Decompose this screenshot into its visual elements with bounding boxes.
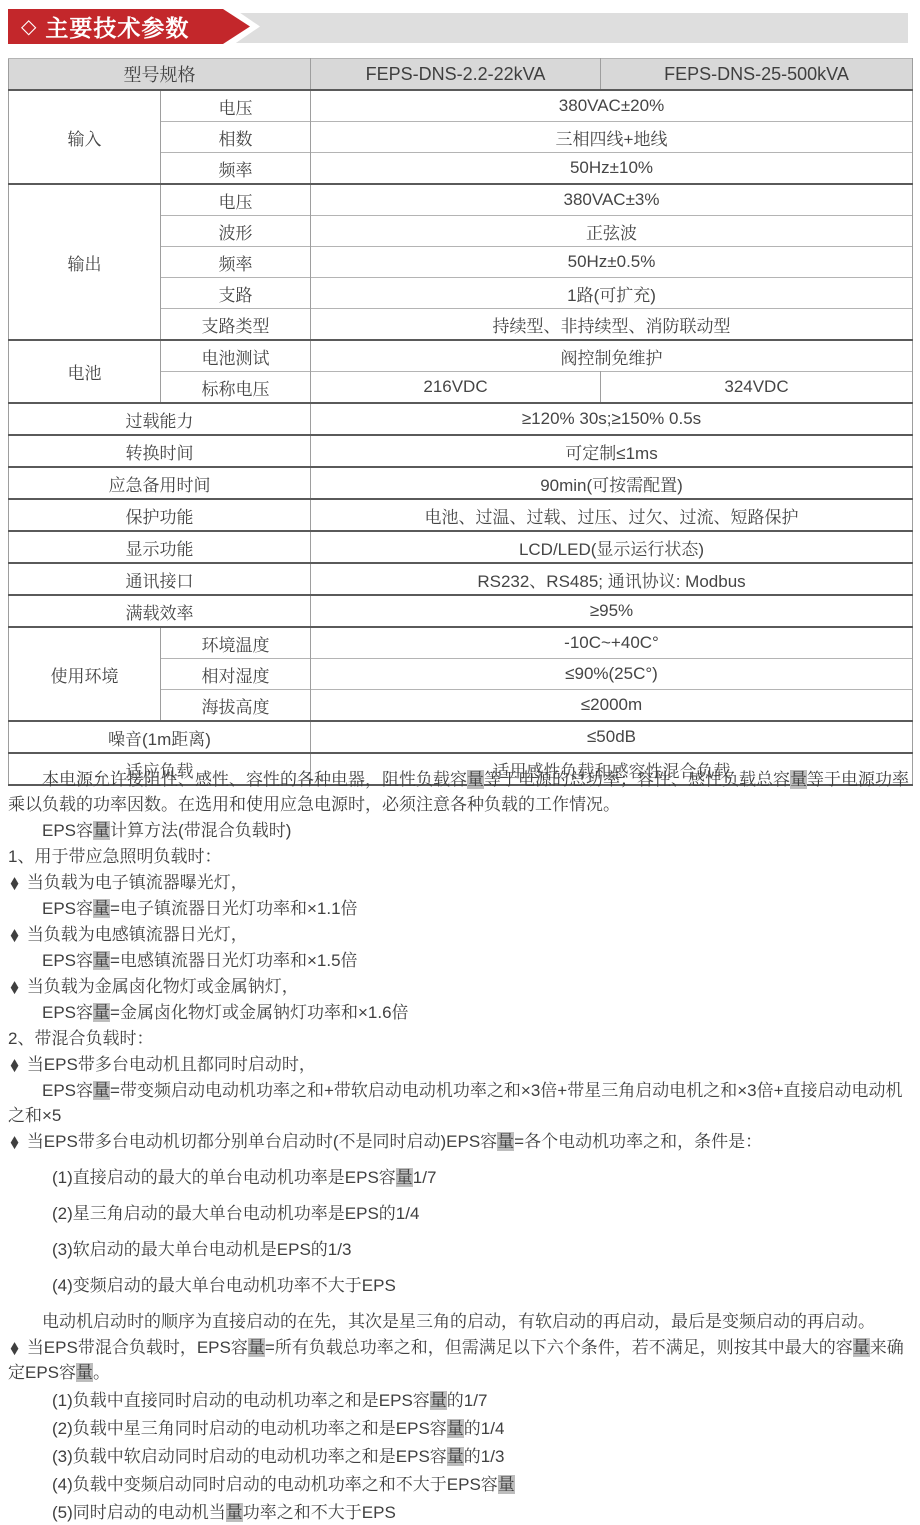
table-row: 显示功能 LCD/LED(显示运行状态) [9, 531, 913, 563]
spec-header-label: 型号规格 [9, 59, 311, 91]
note-text: (3)负载中软启动同时启动的电动机功率之和是EPS容量的1/3 [52, 1447, 504, 1466]
note-paragraph: ◆ 当EPS带多台电动机且都同时启动时， [8, 1052, 912, 1077]
table-header-row: 型号规格 FEPS-DNS-2.2-22kVA FEPS-DNS-25-500k… [9, 59, 913, 91]
diamond-bullet-icon: ◆ [11, 922, 19, 947]
diamond-icon: ◇ [21, 14, 37, 39]
table-row: 电池 电池测试 阀控制免维护 [9, 340, 913, 372]
param-value: -10C~+40C° [311, 627, 913, 659]
param-label: 过载能力 [9, 403, 311, 435]
note-paragraph: ◆ 当负载为电感镇流器日光灯， [8, 922, 912, 947]
note-text: EPS容量=带变频启动电动机功率之和+带软启动电动机功率之和×3倍+带星三角启动… [8, 1081, 903, 1125]
param-value: 50Hz±10% [311, 153, 913, 185]
note-paragraph: EPS容量=金属卤化物灯或金属钠灯功率和×1.6倍 [8, 1000, 912, 1025]
param-label: 相对湿度 [161, 659, 311, 690]
param-label: 频率 [161, 153, 311, 185]
note-paragraph: ◆ 当EPS带混合负载时，EPS容量=所有负载总功率之和，但需满足以下六个条件，… [8, 1335, 912, 1385]
note-paragraph: 1、用于带应急照明负载时： [8, 844, 912, 869]
note-text: (4)变频启动的最大单台电动机功率不大于EPS [52, 1276, 396, 1295]
diamond-bullet-icon: ◆ [11, 870, 19, 895]
param-value: 阀控制免维护 [311, 340, 913, 372]
param-label: 电压 [161, 90, 311, 122]
note-text: 当EPS带混合负载时，EPS容量=所有负载总功率之和，但需满足以下六个条件，若不… [8, 1338, 904, 1382]
note-text: 1、用于带应急照明负载时： [8, 847, 221, 866]
table-row: 保护功能 电池、过温、过载、过压、过欠、过流、短路保护 [9, 499, 913, 531]
note-paragraph: (1)负载中直接同时启动的电动机功率之和是EPS容量的1/7 [8, 1388, 912, 1413]
note-paragraph: EPS容量=带变频启动电动机功率之和+带软启动电动机功率之和×3倍+带星三角启动… [8, 1078, 912, 1128]
param-value: 50Hz±0.5% [311, 247, 913, 278]
table-row: 使用环境 环境温度 -10C~+40C° [9, 627, 913, 659]
param-label: 支路类型 [161, 309, 311, 341]
param-label: 频率 [161, 247, 311, 278]
note-paragraph: (1)直接启动的最大的单台电动机功率是EPS容量1/7 [8, 1165, 912, 1190]
param-value: ≥95% [311, 595, 913, 627]
diamond-bullet-icon: ◆ [11, 1052, 19, 1077]
note-text: 当EPS带多台电动机切都分别单台启动时(不是同时启动)EPS容量=各个电动机功率… [27, 1132, 762, 1151]
param-label: 显示功能 [9, 531, 311, 563]
table-row: 应急备用时间 90min(可按需配置) [9, 467, 913, 499]
param-label: 相数 [161, 122, 311, 153]
param-value: 90min(可按需配置) [311, 467, 913, 499]
param-label: 噪音(1m距离) [9, 721, 311, 753]
param-label: 支路 [161, 278, 311, 309]
note-text: (1)直接启动的最大的单台电动机功率是EPS容量1/7 [52, 1168, 436, 1187]
diamond-bullet-icon: ◆ [11, 1335, 19, 1360]
note-text: 当EPS带多台电动机且都同时启动时， [27, 1055, 316, 1074]
note-paragraph: (4)变频启动的最大单台电动机功率不大于EPS [8, 1273, 912, 1298]
note-paragraph: (5)同时启动的电动机当量功率之和不大于EPS [8, 1500, 912, 1525]
group-label-environment: 使用环境 [9, 627, 161, 721]
model-b-header: FEPS-DNS-25-500kVA [601, 59, 913, 91]
note-text: EPS容量=电子镇流器日光灯功率和×1.1倍 [42, 899, 358, 918]
note-text: (2)负载中星三角同时启动的电动机功率之和是EPS容量的1/4 [52, 1419, 504, 1438]
table-row: 输入 电压 380VAC±20% [9, 90, 913, 122]
table-row: 满载效率 ≥95% [9, 595, 913, 627]
param-value: 持续型、非持续型、消防联动型 [311, 309, 913, 341]
note-text: EPS容量=金属卤化物灯或金属钠灯功率和×1.6倍 [42, 1003, 409, 1022]
param-value-model-b: 324VDC [601, 372, 913, 404]
note-paragraph: (2)星三角启动的最大单台电动机功率是EPS的1/4 [8, 1201, 912, 1226]
note-text: (4)负载中变频启动同时启动的电动机功率之和不大于EPS容量 [52, 1475, 515, 1494]
note-paragraph: (3)负载中软启动同时启动的电动机功率之和是EPS容量的1/3 [8, 1444, 912, 1469]
param-label: 标称电压 [161, 372, 311, 404]
param-label: 应急备用时间 [9, 467, 311, 499]
note-paragraph: ◆ 当负载为金属卤化物灯或金属钠灯， [8, 974, 912, 999]
note-paragraph: ◆ 当EPS带多台电动机切都分别单台启动时(不是同时启动)EPS容量=各个电动机… [8, 1129, 912, 1154]
note-text: 当负载为电子镇流器曝光灯， [27, 873, 248, 892]
param-value: RS232、RS485; 通讯协议: Modbus [311, 563, 913, 595]
note-text: EPS容量=电感镇流器日光灯功率和×1.5倍 [42, 951, 358, 970]
param-label: 满载效率 [9, 595, 311, 627]
param-value: ≤90%(25C°) [311, 659, 913, 690]
note-text: 本电源允许接阻性、感性、容性的各种电器，阻性负载容量等于电源的总功率；容性、感性… [8, 770, 909, 814]
note-paragraph: 本电源允许接阻性、感性、容性的各种电器，阻性负载容量等于电源的总功率；容性、感性… [8, 767, 912, 817]
note-text: 当负载为电感镇流器日光灯， [27, 925, 248, 944]
note-paragraph: 电动机启动时的顺序为直接启动的在先，其次是星三角的启动，有软启动的再启动，最后是… [8, 1309, 912, 1334]
param-label: 通讯接口 [9, 563, 311, 595]
param-value: 1路(可扩充) [311, 278, 913, 309]
note-paragraph: EPS容量计算方法(带混合负载时) [8, 818, 912, 843]
section-banner: ◇ 主要技术参数 [0, 0, 920, 50]
param-value: 电池、过温、过载、过压、过欠、过流、短路保护 [311, 499, 913, 531]
param-label: 电压 [161, 184, 311, 216]
banner-pennant: ◇ 主要技术参数 [8, 9, 250, 44]
table-row: 过载能力 ≥120% 30s;≥150% 0.5s [9, 403, 913, 435]
param-label: 转换时间 [9, 435, 311, 467]
note-paragraph: 2、带混合负载时： [8, 1026, 912, 1051]
diamond-bullet-icon: ◆ [11, 974, 19, 999]
param-label: 海拔高度 [161, 690, 311, 722]
param-value: LCD/LED(显示运行状态) [311, 531, 913, 563]
note-paragraph: EPS容量=电感镇流器日光灯功率和×1.5倍 [8, 948, 912, 973]
param-label: 波形 [161, 216, 311, 247]
note-paragraph: (4)负载中变频启动同时启动的电动机功率之和不大于EPS容量 [8, 1472, 912, 1497]
note-text: (1)负载中直接同时启动的电动机功率之和是EPS容量的1/7 [52, 1391, 487, 1410]
param-value: ≤50dB [311, 721, 913, 753]
param-value: 380VAC±20% [311, 90, 913, 122]
note-text: 当负载为金属卤化物灯或金属钠灯， [27, 977, 299, 996]
page: { "banner": { "diamond": "◇", "title": "… [0, 0, 920, 1525]
param-label: 电池测试 [161, 340, 311, 372]
note-paragraph: ◆ 当负载为电子镇流器曝光灯， [8, 870, 912, 895]
model-a-header: FEPS-DNS-2.2-22kVA [311, 59, 601, 91]
spec-table: 型号规格 FEPS-DNS-2.2-22kVA FEPS-DNS-25-500k… [8, 58, 913, 786]
group-label-battery: 电池 [9, 340, 161, 403]
notes-section: 本电源允许接阻性、感性、容性的各种电器，阻性负载容量等于电源的总功率；容性、感性… [8, 766, 912, 1525]
table-row: 转换时间 可定制≤1ms [9, 435, 913, 467]
param-value: 三相四线+地线 [311, 122, 913, 153]
note-text: 2、带混合负载时： [8, 1029, 153, 1048]
param-value: 380VAC±3% [311, 184, 913, 216]
note-paragraph: EPS容量=电子镇流器日光灯功率和×1.1倍 [8, 896, 912, 921]
note-text: (5)同时启动的电动机当量功率之和不大于EPS [52, 1503, 396, 1522]
note-text: (3)软启动的最大单台电动机是EPS的1/3 [52, 1240, 351, 1259]
note-text: (2)星三角启动的最大单台电动机功率是EPS的1/4 [52, 1204, 419, 1223]
diamond-bullet-icon: ◆ [11, 1129, 19, 1154]
param-value: ≤2000m [311, 690, 913, 722]
table-row: 通讯接口 RS232、RS485; 通讯协议: Modbus [9, 563, 913, 595]
param-value: 可定制≤1ms [311, 435, 913, 467]
group-label-output: 输出 [9, 184, 161, 340]
note-paragraph: (2)负载中星三角同时启动的电动机功率之和是EPS容量的1/4 [8, 1416, 912, 1441]
group-label-input: 输入 [9, 90, 161, 184]
param-label: 保护功能 [9, 499, 311, 531]
section-title: 主要技术参数 [45, 10, 189, 43]
table-row: 输出 电压 380VAC±3% [9, 184, 913, 216]
note-text: 电动机启动时的顺序为直接启动的在先，其次是星三角的启动，有软启动的再启动，最后是… [42, 1312, 875, 1331]
param-value: ≥120% 30s;≥150% 0.5s [311, 403, 913, 435]
table-row: 噪音(1m距离) ≤50dB [9, 721, 913, 753]
note-paragraph: (3)软启动的最大单台电动机是EPS的1/3 [8, 1237, 912, 1262]
param-label: 环境温度 [161, 627, 311, 659]
param-value: 正弦波 [311, 216, 913, 247]
param-value-model-a: 216VDC [311, 372, 601, 404]
note-text: EPS容量计算方法(带混合负载时) [42, 821, 291, 840]
